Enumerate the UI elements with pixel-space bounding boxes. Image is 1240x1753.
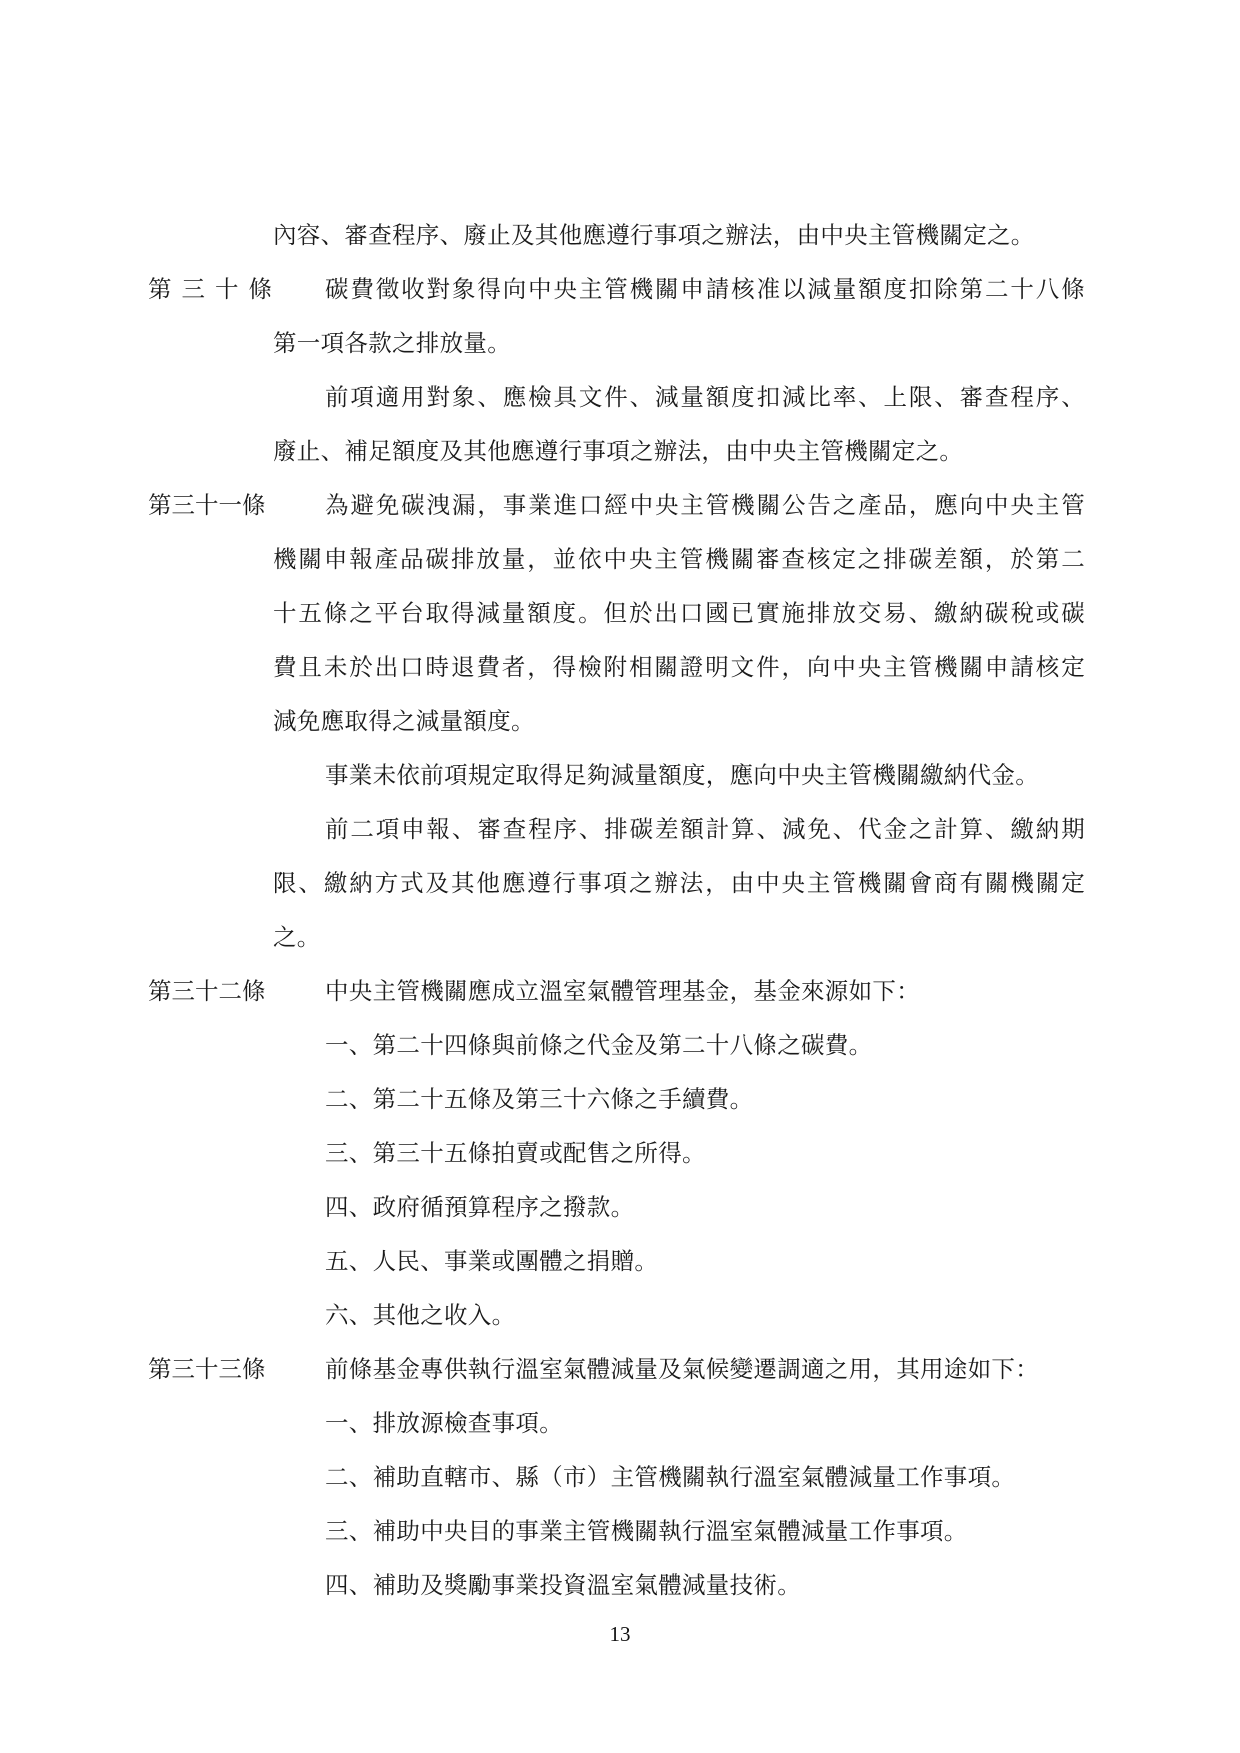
text-line: 碳費徵收對象得向中央主管機關申請核准以減量額度扣除第二十八條: [325, 262, 1085, 316]
text-line: 之。: [273, 910, 321, 964]
paragraph-line: 十五條之平台取得減量額度。但於出口國已實施排放交易、繳納碳稅或碳: [148, 586, 1090, 640]
article-label: 第三十條: [148, 262, 282, 316]
list-item: 二、第二十五條及第三十六條之手續費。: [148, 1072, 1090, 1126]
text-line: 前條基金專供執行溫室氣體減量及氣候變遷調適之用，其用途如下：: [325, 1342, 1039, 1396]
list-item-text: 四、補助及獎勵事業投資溫室氣體減量技術。: [325, 1558, 801, 1612]
text-line: 廢止、補足額度及其他應遵行事項之辦法，由中央主管機關定之。: [273, 424, 963, 478]
paragraph-line: 減免應取得之減量額度。: [148, 694, 1090, 748]
text-line: 減免應取得之減量額度。: [273, 694, 535, 748]
paragraph-line: 機關申報產品碳排放量，並依中央主管機關審查核定之排碳差額，於第二: [148, 532, 1090, 586]
article-30-heading-line: 第三十條 碳費徵收對象得向中央主管機關申請核准以減量額度扣除第二十八條: [148, 262, 1090, 316]
list-item-text: 一、第二十四條與前條之代金及第二十八條之碳費。: [325, 1018, 872, 1072]
list-item: 五、人民、事業或團體之捐贈。: [148, 1234, 1090, 1288]
list-item: 三、第三十五條拍賣或配售之所得。: [148, 1126, 1090, 1180]
text-line: 十五條之平台取得減量額度。但於出口國已實施排放交易、繳納碳稅或碳: [273, 586, 1085, 640]
list-item: 三、補助中央目的事業主管機關執行溫室氣體減量工作事項。: [148, 1504, 1090, 1558]
text-line: 事業未依前項規定取得足夠減量額度，應向中央主管機關繳納代金。: [325, 748, 1039, 802]
list-item: 四、政府循預算程序之撥款。: [148, 1180, 1090, 1234]
list-item-text: 六、其他之收入。: [325, 1288, 515, 1342]
text-line: 內容、審查程序、廢止及其他應遵行事項之辦法，由中央主管機關定之。: [273, 208, 1035, 262]
list-item: 一、排放源檢查事項。: [148, 1396, 1090, 1450]
list-item-text: 二、第二十五條及第三十六條之手續費。: [325, 1072, 753, 1126]
text-line: 費且未於出口時退費者，得檢附相關證明文件，向中央主管機關申請核定: [273, 640, 1085, 694]
paragraph-line: 前項適用對象、應檢具文件、減量額度扣減比率、上限、審查程序、: [148, 370, 1090, 424]
paragraph-line: 之。: [148, 910, 1090, 964]
list-item-text: 一、排放源檢查事項。: [325, 1396, 563, 1450]
article-label: 第三十一條: [148, 478, 266, 532]
text-line: 為避免碳洩漏，事業進口經中央主管機關公告之產品，應向中央主管: [325, 478, 1085, 532]
text-line: 中央主管機關應成立溫室氣體管理基金，基金來源如下：: [325, 964, 920, 1018]
list-item: 四、補助及獎勵事業投資溫室氣體減量技術。: [148, 1558, 1090, 1612]
article-31-heading-line: 第三十一條 為避免碳洩漏，事業進口經中央主管機關公告之產品，應向中央主管: [148, 478, 1090, 532]
page-number: 13: [0, 1622, 1240, 1647]
text-line: 前項適用對象、應檢具文件、減量額度扣減比率、上限、審查程序、: [325, 370, 1085, 424]
article-label: 第三十二條: [148, 964, 266, 1018]
list-item-text: 四、政府循預算程序之撥款。: [325, 1180, 634, 1234]
paragraph-line: 限、繳納方式及其他應遵行事項之辦法，由中央主管機關會商有關機關定: [148, 856, 1090, 910]
list-item-text: 二、補助直轄市、縣（市）主管機關執行溫室氣體減量工作事項。: [325, 1450, 1015, 1504]
paragraph-line: 前二項申報、審查程序、排碳差額計算、減免、代金之計算、繳納期: [148, 802, 1090, 856]
page-body: 內容、審查程序、廢止及其他應遵行事項之辦法，由中央主管機關定之。 第三十條 碳費…: [148, 208, 1090, 1612]
text-line: 機關申報產品碳排放量，並依中央主管機關審查核定之排碳差額，於第二: [273, 532, 1085, 586]
paragraph-line: 事業未依前項規定取得足夠減量額度，應向中央主管機關繳納代金。: [148, 748, 1090, 802]
list-item-text: 三、第三十五條拍賣或配售之所得。: [325, 1126, 706, 1180]
list-item: 二、補助直轄市、縣（市）主管機關執行溫室氣體減量工作事項。: [148, 1450, 1090, 1504]
document-page: 內容、審查程序、廢止及其他應遵行事項之辦法，由中央主管機關定之。 第三十條 碳費…: [0, 0, 1240, 1753]
list-item: 六、其他之收入。: [148, 1288, 1090, 1342]
list-item: 一、第二十四條與前條之代金及第二十八條之碳費。: [148, 1018, 1090, 1072]
text-line: 第一項各款之排放量。: [273, 316, 511, 370]
article-label: 第三十三條: [148, 1342, 266, 1396]
paragraph-line: 第一項各款之排放量。: [148, 316, 1090, 370]
list-item-text: 五、人民、事業或團體之捐贈。: [325, 1234, 658, 1288]
paragraph-line: 費且未於出口時退費者，得檢附相關證明文件，向中央主管機關申請核定: [148, 640, 1090, 694]
paragraph-line: 廢止、補足額度及其他應遵行事項之辦法，由中央主管機關定之。: [148, 424, 1090, 478]
article-32-heading-line: 第三十二條 中央主管機關應成立溫室氣體管理基金，基金來源如下：: [148, 964, 1090, 1018]
text-line: 前二項申報、審查程序、排碳差額計算、減免、代金之計算、繳納期: [325, 802, 1085, 856]
text-line: 限、繳納方式及其他應遵行事項之辦法，由中央主管機關會商有關機關定: [273, 856, 1085, 910]
list-item-text: 三、補助中央目的事業主管機關執行溫室氣體減量工作事項。: [325, 1504, 968, 1558]
article-33-heading-line: 第三十三條 前條基金專供執行溫室氣體減量及氣候變遷調適之用，其用途如下：: [148, 1342, 1090, 1396]
paragraph-line: 內容、審查程序、廢止及其他應遵行事項之辦法，由中央主管機關定之。: [148, 208, 1090, 262]
